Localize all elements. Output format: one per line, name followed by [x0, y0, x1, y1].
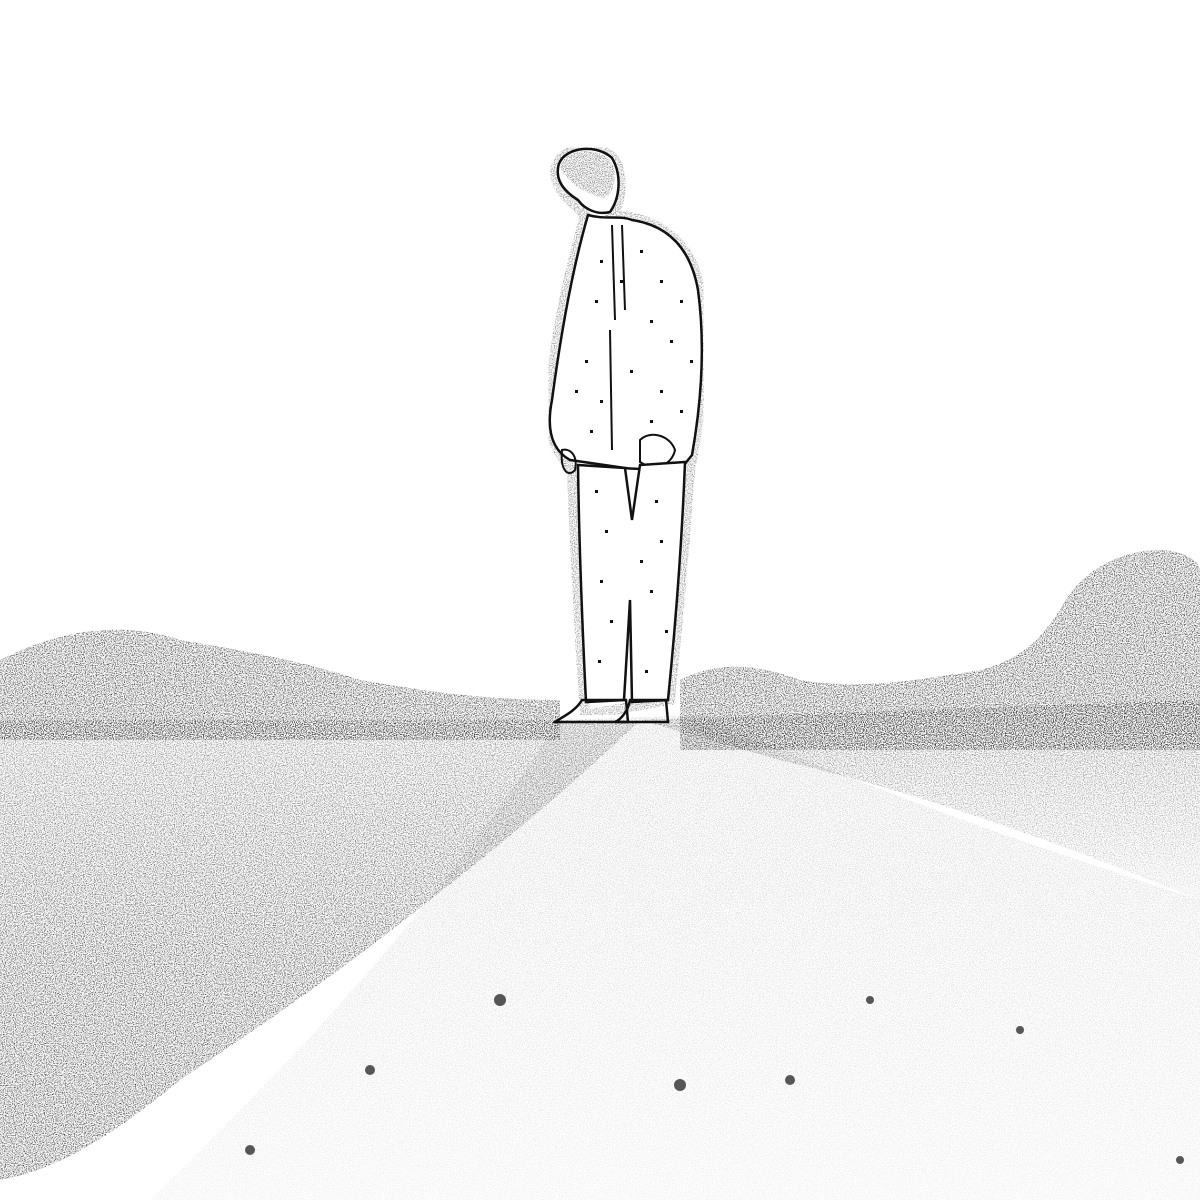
stipple-photo	[0, 0, 1200, 1200]
photo-scene	[0, 0, 1200, 1200]
